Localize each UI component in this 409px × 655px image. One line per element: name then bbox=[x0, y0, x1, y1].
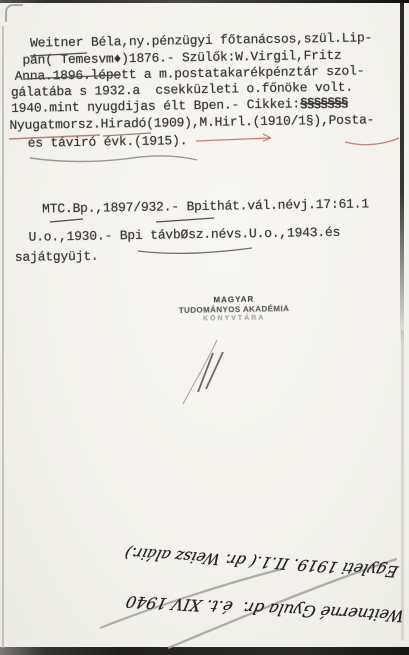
stamp-line: KÖNYVTÁRA bbox=[168, 314, 300, 323]
underline-tavirovevk-pencil bbox=[30, 156, 197, 162]
typed-block-references: MTC.Bp.,1897/932.- Bpithát.vál.névj.17:6… bbox=[8, 196, 406, 202]
scanned-catalog-card: Weitner Béla,ny.pénzügyi főtanácsos,szül… bbox=[0, 0, 409, 655]
typewriter-struck-out-text: §§§§§§§ bbox=[300, 96, 348, 112]
underline-mtc bbox=[50, 219, 83, 222]
handwritten-note-upside-down: Egyleti 1919. II.1.( dr. Weisz aláir.) bbox=[12, 536, 400, 580]
scan-corner-top-left bbox=[5, 4, 23, 22]
arrowhead-icon bbox=[263, 134, 271, 141]
typed-line: és táviró évk.(1915). bbox=[28, 133, 188, 152]
underline-bpith bbox=[156, 218, 214, 222]
underline-mhirl-red bbox=[196, 138, 271, 141]
underline-tavbsz-nevs bbox=[138, 248, 252, 253]
scan-edge-top bbox=[0, 0, 409, 3]
pen-slash-short bbox=[206, 352, 223, 389]
typed-line: sajátgyüjt. bbox=[15, 249, 99, 266]
typed-line: MTC.Bp.,1897/932.- Bpithát.vál.névj.17:6… bbox=[42, 196, 369, 217]
library-stamp: MAGYAR TUDOMÁNYOS AKADÉMIA KÖNYVTÁRA bbox=[168, 294, 300, 323]
scan-edge-bottom bbox=[0, 647, 409, 655]
typed-line-text: 1940.mint nyugdijas élt Bpen.- Cikkei: bbox=[11, 96, 300, 116]
scan-edge-right-faint bbox=[401, 330, 404, 640]
handwritten-note-upside-down: Weitnerné Gyula dr. é.t. XIV 1940 bbox=[110, 591, 406, 625]
scan-edge-left bbox=[2, 26, 4, 648]
scan-edge-right bbox=[400, 3, 404, 348]
pen-slash-short bbox=[198, 353, 213, 392]
typed-block-biography: Weitner Béla,ny.pénzügyi főtanácsos,szül… bbox=[8, 30, 406, 36]
pen-slash-long bbox=[183, 340, 217, 404]
typed-line: U.o.,1930.- Bpi távbØsz.névs.U.o.,1943.é… bbox=[28, 225, 340, 246]
underline-posta-curve bbox=[345, 138, 399, 145]
